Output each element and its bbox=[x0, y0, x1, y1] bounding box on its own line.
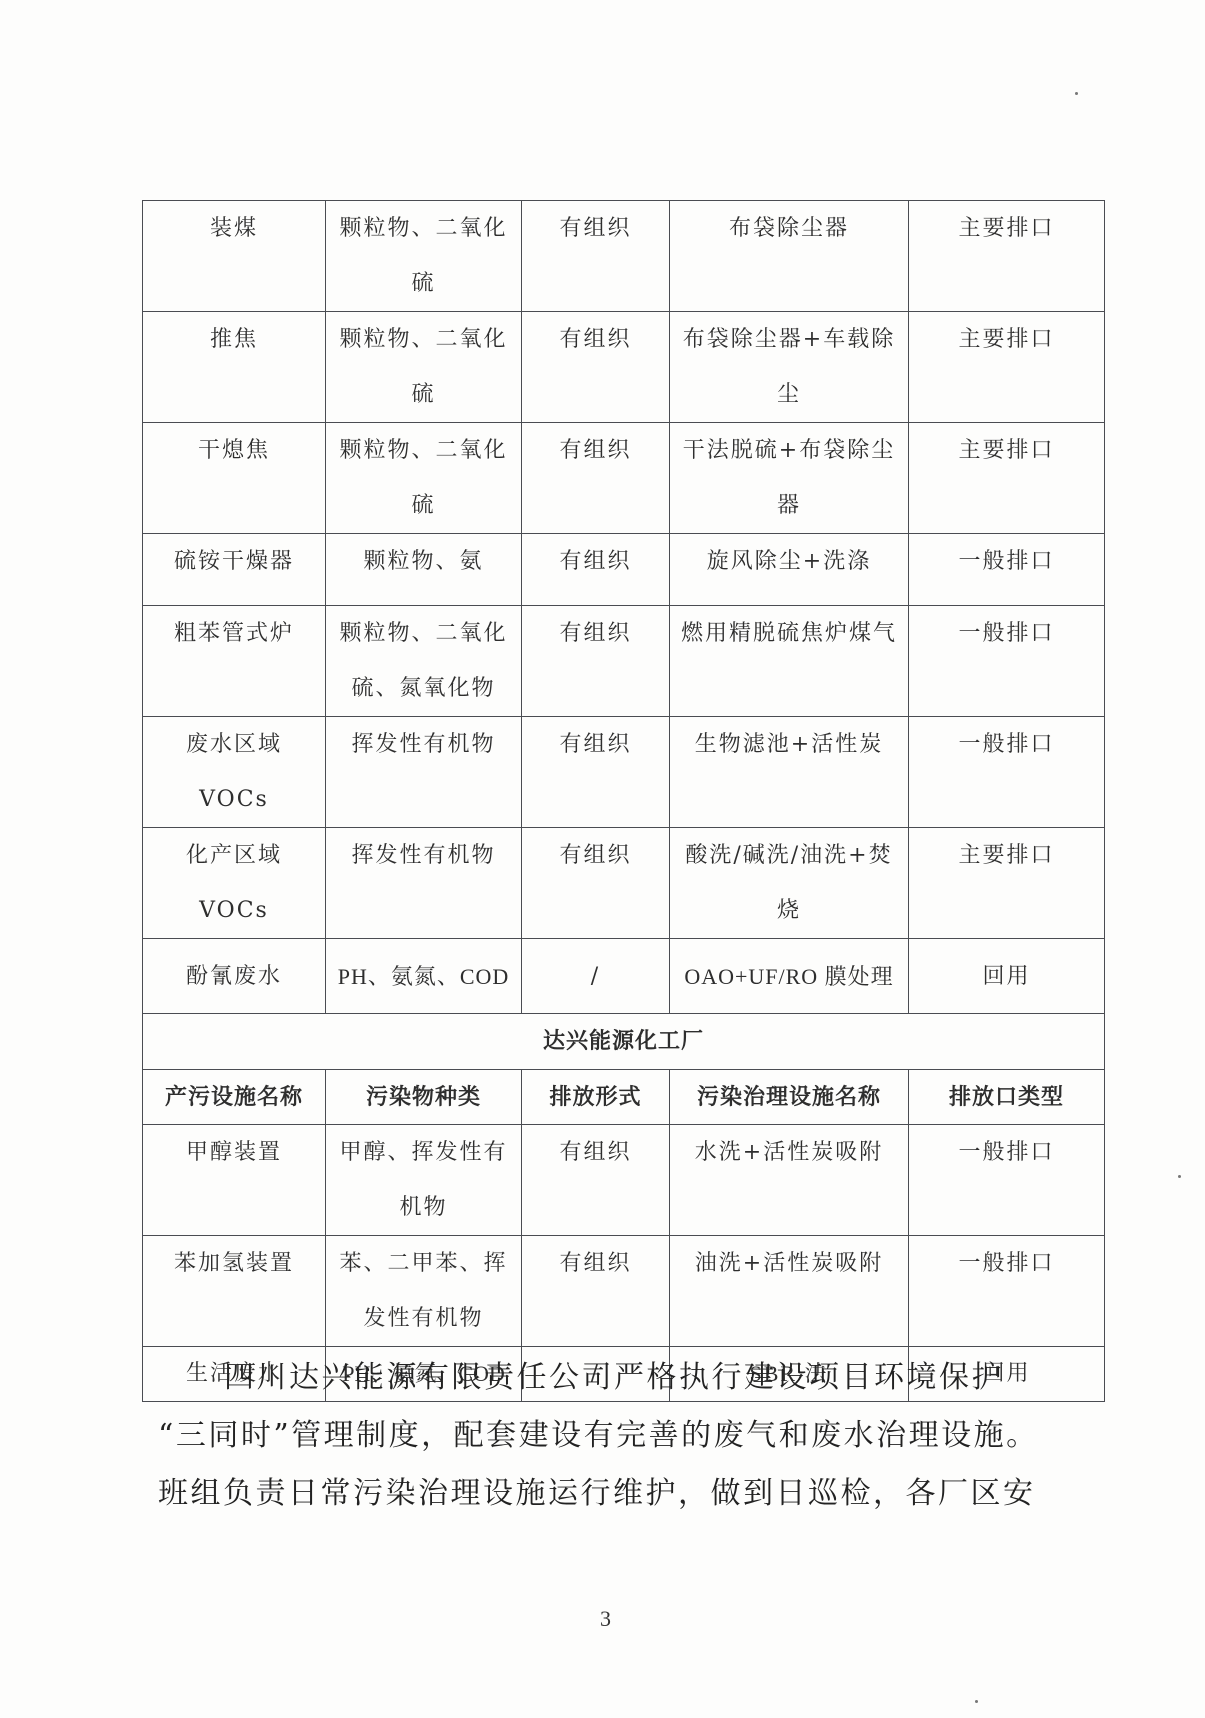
column-header-pollutants: 污染物种类 bbox=[326, 1070, 522, 1125]
page-number: 3 bbox=[600, 1606, 611, 1632]
section-row: 达兴能源化工厂 bbox=[143, 1014, 1105, 1070]
table-row: 酚氰废水 PH、氨氮、COD / OAO+UF/RO 膜处理 回用 bbox=[143, 939, 1105, 1014]
column-header-outlet-type: 排放口类型 bbox=[909, 1070, 1105, 1125]
section-title: 达兴能源化工厂 bbox=[143, 1014, 1105, 1070]
document-page: 装煤 颗粒物、二氧化硫 有组织 布袋除尘器 主要排口 推焦 颗粒物、二氧化硫 有… bbox=[0, 0, 1205, 1718]
cell-outlet-type: 主要排口 bbox=[909, 828, 1105, 939]
paragraph-line-1: 四川达兴能源有限责任公司严格执行建设项目环境保护 bbox=[224, 1352, 1144, 1396]
cell-pollutants: 甲醇、挥发性有机物 bbox=[326, 1125, 522, 1236]
table-row: 干熄焦 颗粒物、二氧化硫 有组织 干法脱硫+布袋除尘器 主要排口 bbox=[143, 423, 1105, 534]
table-row: 粗苯管式炉 颗粒物、二氧化硫、氮氧化物 有组织 燃用精脱硫焦炉煤气 一般排口 bbox=[143, 606, 1105, 717]
cell-treatment: 酸洗/碱洗/油洗+焚烧 bbox=[670, 828, 909, 939]
cell-discharge-form: / bbox=[522, 939, 670, 1014]
cell-facility: 粗苯管式炉 bbox=[143, 606, 326, 717]
cell-facility: 苯加氢装置 bbox=[143, 1236, 326, 1347]
cell-facility: 酚氰废水 bbox=[143, 939, 326, 1014]
cell-facility: 硫铵干燥器 bbox=[143, 534, 326, 606]
cell-outlet-type: 一般排口 bbox=[909, 717, 1105, 828]
cell-outlet-type: 主要排口 bbox=[909, 312, 1105, 423]
cell-pollutants: 颗粒物、二氧化硫 bbox=[326, 201, 522, 312]
cell-treatment: 水洗+活性炭吸附 bbox=[670, 1125, 909, 1236]
table-row: 废水区域 VOCs 挥发性有机物 有组织 生物滤池+活性炭 一般排口 bbox=[143, 717, 1105, 828]
cell-outlet-type: 主要排口 bbox=[909, 201, 1105, 312]
table-row: 甲醇装置 甲醇、挥发性有机物 有组织 水洗+活性炭吸附 一般排口 bbox=[143, 1125, 1105, 1236]
scan-speck bbox=[975, 1700, 978, 1703]
cell-outlet-type: 回用 bbox=[909, 939, 1105, 1014]
cell-treatment: OAO+UF/RO 膜处理 bbox=[670, 939, 909, 1014]
cell-outlet-type: 一般排口 bbox=[909, 606, 1105, 717]
cell-discharge-form: 有组织 bbox=[522, 534, 670, 606]
cell-discharge-form: 有组织 bbox=[522, 717, 670, 828]
cell-pollutants: 颗粒物、二氧化硫 bbox=[326, 312, 522, 423]
cell-facility: 废水区域 VOCs bbox=[143, 717, 326, 828]
table-header-row: 产污设施名称 污染物种类 排放形式 污染治理设施名称 排放口类型 bbox=[143, 1070, 1105, 1125]
cell-discharge-form: 有组织 bbox=[522, 828, 670, 939]
cell-treatment: 干法脱硫+布袋除尘器 bbox=[670, 423, 909, 534]
cell-facility: 甲醇装置 bbox=[143, 1125, 326, 1236]
cell-discharge-form: 有组织 bbox=[522, 201, 670, 312]
cell-pollutants: 挥发性有机物 bbox=[326, 717, 522, 828]
column-header-facility: 产污设施名称 bbox=[143, 1070, 326, 1125]
cell-outlet-type: 一般排口 bbox=[909, 534, 1105, 606]
column-header-discharge-form: 排放形式 bbox=[522, 1070, 670, 1125]
cell-treatment: 生物滤池+活性炭 bbox=[670, 717, 909, 828]
cell-facility: 推焦 bbox=[143, 312, 326, 423]
cell-outlet-type: 一般排口 bbox=[909, 1236, 1105, 1347]
cell-pollutants: PH、氨氮、COD bbox=[326, 939, 522, 1014]
table-row: 硫铵干燥器 颗粒物、氨 有组织 旋风除尘+洗涤 一般排口 bbox=[143, 534, 1105, 606]
paragraph-line-2: “三同时”管理制度，配套建设有完善的废气和废水治理设施。 bbox=[158, 1410, 1078, 1454]
cell-outlet-type: 主要排口 bbox=[909, 423, 1105, 534]
cell-outlet-type: 一般排口 bbox=[909, 1125, 1105, 1236]
column-header-treatment: 污染治理设施名称 bbox=[670, 1070, 909, 1125]
cell-pollutants: 挥发性有机物 bbox=[326, 828, 522, 939]
cell-facility: 化产区域 VOCs bbox=[143, 828, 326, 939]
pollution-facilities-table: 装煤 颗粒物、二氧化硫 有组织 布袋除尘器 主要排口 推焦 颗粒物、二氧化硫 有… bbox=[142, 200, 1105, 1402]
cell-pollutants: 颗粒物、二氧化硫、氮氧化物 bbox=[326, 606, 522, 717]
cell-facility: 装煤 bbox=[143, 201, 326, 312]
cell-discharge-form: 有组织 bbox=[522, 1236, 670, 1347]
scan-speck bbox=[1075, 92, 1078, 95]
cell-pollutants: 颗粒物、二氧化硫 bbox=[326, 423, 522, 534]
cell-facility: 干熄焦 bbox=[143, 423, 326, 534]
cell-discharge-form: 有组织 bbox=[522, 1125, 670, 1236]
cell-discharge-form: 有组织 bbox=[522, 312, 670, 423]
table-row: 化产区域 VOCs 挥发性有机物 有组织 酸洗/碱洗/油洗+焚烧 主要排口 bbox=[143, 828, 1105, 939]
table-row: 苯加氢装置 苯、二甲苯、挥发性有机物 有组织 油洗+活性炭吸附 一般排口 bbox=[143, 1236, 1105, 1347]
cell-treatment: 布袋除尘器 bbox=[670, 201, 909, 312]
paragraph-line-3: 班组负责日常污染治理设施运行维护，做到日巡检，各厂区安 bbox=[158, 1468, 1078, 1512]
cell-discharge-form: 有组织 bbox=[522, 606, 670, 717]
cell-discharge-form: 有组织 bbox=[522, 423, 670, 534]
cell-treatment: 旋风除尘+洗涤 bbox=[670, 534, 909, 606]
cell-pollutants: 颗粒物、氨 bbox=[326, 534, 522, 606]
cell-treatment: 布袋除尘器+车载除尘 bbox=[670, 312, 909, 423]
cell-treatment: 燃用精脱硫焦炉煤气 bbox=[670, 606, 909, 717]
table-row: 装煤 颗粒物、二氧化硫 有组织 布袋除尘器 主要排口 bbox=[143, 201, 1105, 312]
table-row: 推焦 颗粒物、二氧化硫 有组织 布袋除尘器+车载除尘 主要排口 bbox=[143, 312, 1105, 423]
cell-treatment: 油洗+活性炭吸附 bbox=[670, 1236, 909, 1347]
scan-speck bbox=[1178, 1175, 1181, 1178]
cell-pollutants: 苯、二甲苯、挥发性有机物 bbox=[326, 1236, 522, 1347]
